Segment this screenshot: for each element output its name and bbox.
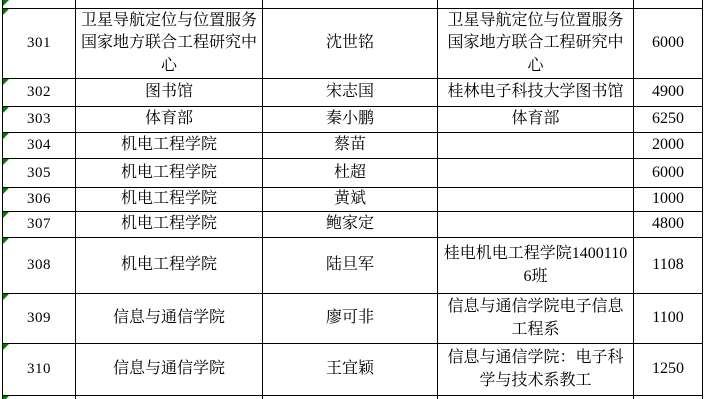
error-indicator-icon (3, 9, 9, 15)
error-indicator-icon (3, 294, 9, 300)
row-number-text: 303 (27, 111, 51, 127)
person-name-cell[interactable] (263, 0, 438, 9)
amount-cell[interactable]: 6250 (634, 107, 703, 133)
department-cell[interactable] (76, 0, 263, 9)
department-cell[interactable]: 机电工程学院 (76, 133, 263, 159)
row-number-text: 305 (27, 165, 51, 181)
department-cell[interactable]: 机电工程学院 (76, 159, 263, 188)
row-number-cell[interactable]: 305 (3, 159, 76, 188)
unit-or-class-cell[interactable]: 信息与通信学院电子信息工程系 (438, 294, 634, 344)
department-cell[interactable]: 机电工程学院 (76, 188, 263, 212)
spreadsheet-table: 301卫星导航定位与位置服务国家地方联合工程研究中心沈世铭卫星导航定位与位置服务… (2, 0, 703, 399)
amount-cell[interactable] (634, 396, 703, 399)
row-number-text: 307 (27, 216, 51, 232)
error-indicator-icon (3, 238, 9, 244)
person-name-cell[interactable]: 沈世铭 (263, 9, 438, 79)
row-number-text: 306 (27, 191, 51, 207)
department-cell[interactable] (76, 396, 263, 399)
unit-or-class-cell[interactable]: 信息与通信学院：电子科学与技术系教工 (438, 344, 634, 396)
unit-or-class-cell[interactable] (438, 396, 634, 399)
table-row: 306机电工程学院黄斌1000 (3, 188, 703, 212)
person-name-cell[interactable]: 黄斌 (263, 188, 438, 212)
amount-cell[interactable]: 1000 (634, 188, 703, 212)
department-cell[interactable]: 信息与通信学院 (76, 294, 263, 344)
department-cell[interactable]: 卫星导航定位与位置服务国家地方联合工程研究中心 (76, 9, 263, 79)
table-row: 310信息与通信学院王宜颖信息与通信学院：电子科学与技术系教工1250 (3, 344, 703, 396)
unit-or-class-cell[interactable]: 体育部 (438, 107, 634, 133)
person-name-cell[interactable]: 秦小鹏 (263, 107, 438, 133)
error-indicator-icon (3, 0, 9, 6)
person-name-cell[interactable]: 蔡苗 (263, 133, 438, 159)
row-number-text: 308 (27, 257, 51, 273)
row-number-text: 310 (27, 361, 51, 377)
table-row: 308机电工程学院陆旦军桂电机电工程学院14001106班1108 (3, 238, 703, 294)
department-cell[interactable]: 图书馆 (76, 79, 263, 107)
department-cell[interactable]: 体育部 (76, 107, 263, 133)
row-number-text: 302 (27, 84, 51, 100)
row-number-cell[interactable]: 306 (3, 188, 76, 212)
table-row: 302图书馆宋志国桂林电子科技大学图书馆4900 (3, 79, 703, 107)
amount-cell[interactable]: 2000 (634, 133, 703, 159)
row-number-cell[interactable]: 304 (3, 133, 76, 159)
amount-cell[interactable]: 1100 (634, 294, 703, 344)
table-row: 301卫星导航定位与位置服务国家地方联合工程研究中心沈世铭卫星导航定位与位置服务… (3, 9, 703, 79)
table-row: 307机电工程学院鲍家定4800 (3, 212, 703, 238)
row-number-cell[interactable]: 307 (3, 212, 76, 238)
amount-cell[interactable]: 4900 (634, 79, 703, 107)
error-indicator-icon (3, 344, 9, 350)
person-name-cell[interactable]: 王宜颖 (263, 344, 438, 396)
row-number-text: 304 (27, 137, 51, 153)
person-name-cell[interactable]: 鲍家定 (263, 212, 438, 238)
row-number-cell[interactable]: 301 (3, 9, 76, 79)
unit-or-class-cell[interactable] (438, 0, 634, 9)
unit-or-class-cell[interactable]: 桂电机电工程学院14001106班 (438, 238, 634, 294)
person-name-cell[interactable]: 宋志国 (263, 79, 438, 107)
table-row: 303体育部秦小鹏体育部6250 (3, 107, 703, 133)
partial-row-below (3, 396, 703, 399)
department-cell[interactable]: 机电工程学院 (76, 212, 263, 238)
row-number-cell[interactable]: 310 (3, 344, 76, 396)
person-name-cell[interactable]: 廖可非 (263, 294, 438, 344)
row-number-cell[interactable]: 308 (3, 238, 76, 294)
unit-or-class-cell[interactable] (438, 212, 634, 238)
row-number-text: 301 (27, 35, 51, 51)
error-indicator-icon (3, 133, 9, 139)
table-row: 304机电工程学院蔡苗2000 (3, 133, 703, 159)
row-number-cell[interactable]: 303 (3, 107, 76, 133)
error-indicator-icon (3, 159, 9, 165)
row-number-cell[interactable] (3, 396, 76, 399)
unit-or-class-cell[interactable] (438, 159, 634, 188)
unit-or-class-cell[interactable]: 卫星导航定位与位置服务国家地方联合工程研究中心 (438, 9, 634, 79)
amount-cell[interactable]: 4800 (634, 212, 703, 238)
amount-cell[interactable]: 6000 (634, 9, 703, 79)
person-name-cell[interactable]: 杜超 (263, 159, 438, 188)
table-row: 309信息与通信学院廖可非信息与通信学院电子信息工程系1100 (3, 294, 703, 344)
amount-cell[interactable] (634, 0, 703, 9)
table-row: 305机电工程学院杜超6000 (3, 159, 703, 188)
unit-or-class-cell[interactable]: 桂林电子科技大学图书馆 (438, 79, 634, 107)
row-number-cell[interactable]: 302 (3, 79, 76, 107)
person-name-cell[interactable] (263, 396, 438, 399)
department-cell[interactable]: 机电工程学院 (76, 238, 263, 294)
error-indicator-icon (3, 79, 9, 85)
error-indicator-icon (3, 107, 9, 113)
person-name-cell[interactable]: 陆旦军 (263, 238, 438, 294)
row-number-text: 309 (27, 310, 51, 326)
department-cell[interactable]: 信息与通信学院 (76, 344, 263, 396)
error-indicator-icon (3, 212, 9, 218)
row-number-cell[interactable] (3, 0, 76, 9)
amount-cell[interactable]: 1108 (634, 238, 703, 294)
amount-cell[interactable]: 1250 (634, 344, 703, 396)
amount-cell[interactable]: 6000 (634, 159, 703, 188)
row-number-cell[interactable]: 309 (3, 294, 76, 344)
partial-row-above (3, 0, 703, 9)
unit-or-class-cell[interactable] (438, 188, 634, 212)
unit-or-class-cell[interactable] (438, 133, 634, 159)
error-indicator-icon (3, 188, 9, 194)
